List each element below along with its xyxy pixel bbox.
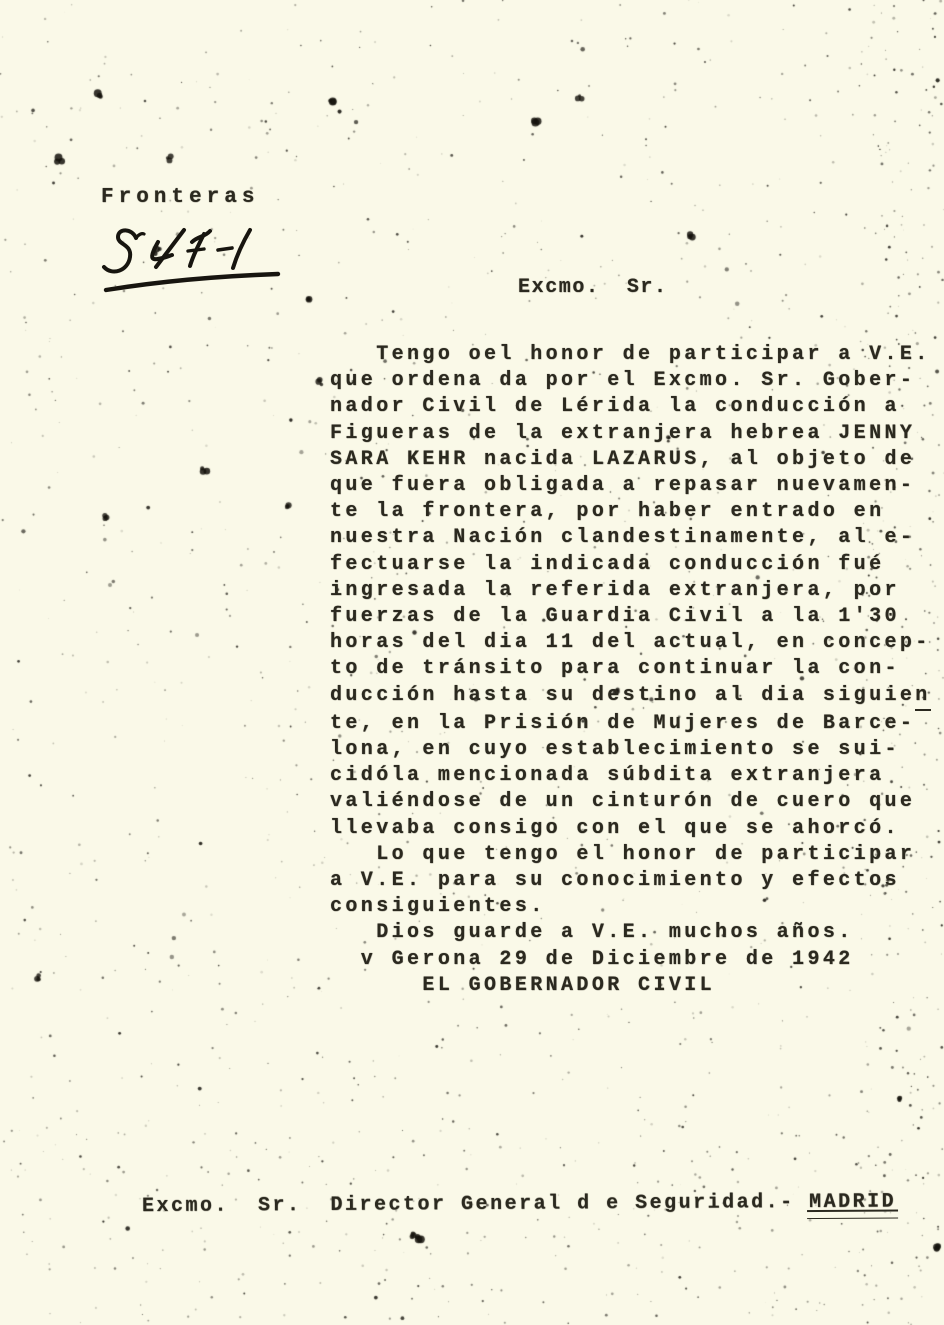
body-line: que ordena da por el Excmo. Sr. Gober- <box>330 368 944 394</box>
handwritten-reference-strokes <box>92 218 312 298</box>
body-line: Tengo oel honor de participar a V.E. <box>330 342 944 368</box>
footer-destination: MADRID <box>809 1191 896 1216</box>
salutation: Excmo. Sr. <box>518 276 668 299</box>
body-line: nador Civil de Lérida la conducción a <box>330 394 944 420</box>
body-line: a V.E. para su conocimiento y efectos <box>330 868 944 894</box>
body-line: ingresada la referida extranjera, por <box>330 578 944 604</box>
body-line: Dios guarde a V.E. muchos años. <box>330 920 944 946</box>
body-line: que fuera obligada a repasar nuevamen- <box>330 473 944 499</box>
body-line: te la frontera, por haber entrado en <box>330 499 944 525</box>
body-line: Lo que tengo el honor de participar <box>330 842 944 868</box>
body-line: fuerzas de la Guardia Civil a la 1'30 <box>330 604 944 630</box>
body-line: Figueras de la extranjera hebrea JENNY <box>330 421 944 447</box>
body-line: consiguientes. <box>330 894 944 920</box>
body-line: llevaba consigo con el que se ahorcó. <box>330 816 944 842</box>
scanned-letter-page: Fronteras 547-1 Excmo. Sr. Tengo oel hon… <box>0 0 944 1325</box>
body-line: ducción hasta su destino al dia siguien <box>330 683 944 711</box>
letter-body: Tengo oel honor de participar a V.E.que … <box>330 342 944 999</box>
handwritten-reference: 547-1 <box>92 218 312 298</box>
classification-label: Fronteras <box>101 186 259 209</box>
body-line: v Gerona 29 de Diciembre de 1942 <box>330 947 944 973</box>
footer-addressee: Excmo. Sr. Director General d e Segurida… <box>142 1191 809 1218</box>
body-line: nuestra Nación clandestinamente, al e- <box>330 525 944 551</box>
body-line: to de tránsito para continuar la con- <box>330 656 944 682</box>
body-line: fectuarse la indicada conducción fué <box>330 552 944 578</box>
body-line: EL GOBERNADOR CIVIL <box>330 973 944 999</box>
continuation-underline: n <box>915 683 930 711</box>
body-line: horas del dia 11 del actual, en concep- <box>330 630 944 656</box>
body-line: te, en la Prisión de Mujeres de Barce- <box>330 711 944 737</box>
body-line: cidóla mencionada súbdita extranjera <box>330 763 944 789</box>
footer-address: Excmo. Sr. Director General d e Segurida… <box>84 1168 897 1243</box>
body-line-text: ducción hasta su destino al dia siguie <box>330 684 915 707</box>
body-line: valiéndose de un cinturón de cuero que <box>330 789 944 815</box>
body-line: lona, en cuyo establecimiento se sui- <box>330 737 944 763</box>
body-line: SARA KEHR nacida LAZARUS, al objeto de <box>330 447 944 473</box>
